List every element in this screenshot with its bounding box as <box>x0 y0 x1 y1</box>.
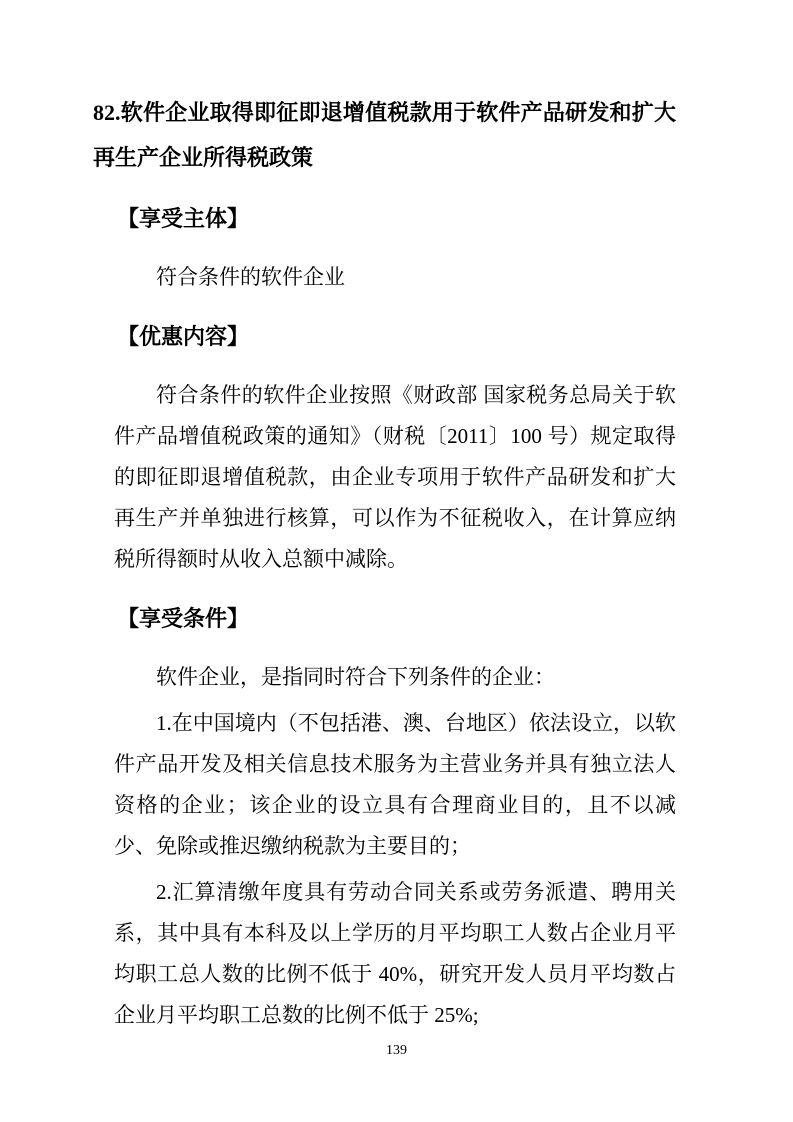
section-heading-benefit-content: 【优惠内容】 <box>117 316 676 357</box>
document-title: 82.软件企业取得即征即退增值税款用于软件产品研发和扩大再生产企业所得税政策 <box>93 90 676 180</box>
condition-item-2: 2.汇算清缴年度具有劳动合同关系或劳务派遣、聘用关系，其中具有本科及以上学历的月… <box>114 872 676 1036</box>
section-conditions: 【享受条件】 软件企业，是指同时符合下列条件的企业： 1.在中国境内（不包括港、… <box>93 598 676 1036</box>
section-heading-conditions: 【享受条件】 <box>117 598 676 639</box>
section-benefit-content: 【优惠内容】 符合条件的软件企业按照《财政部 国家税务总局关于软件产品增值税政策… <box>93 316 676 580</box>
section-heading-eligible-entities: 【享受主体】 <box>117 198 676 239</box>
document-page: 82.软件企业取得即征即退增值税款用于软件产品研发和扩大再生产企业所得税政策 【… <box>0 0 793 1122</box>
page-number: 139 <box>0 1042 793 1060</box>
paragraph: 符合条件的软件企业按照《财政部 国家税务总局关于软件产品增值税政策的通知》（财税… <box>114 375 676 580</box>
condition-item-1: 1.在中国境内（不包括港、澳、台地区）依法设立，以软件产品开发及相关信息技术服务… <box>114 703 676 867</box>
section-eligible-entities: 【享受主体】 符合条件的软件企业 <box>93 198 676 298</box>
paragraph: 符合条件的软件企业 <box>114 257 676 298</box>
paragraph: 软件企业，是指同时符合下列条件的企业： <box>114 657 676 698</box>
